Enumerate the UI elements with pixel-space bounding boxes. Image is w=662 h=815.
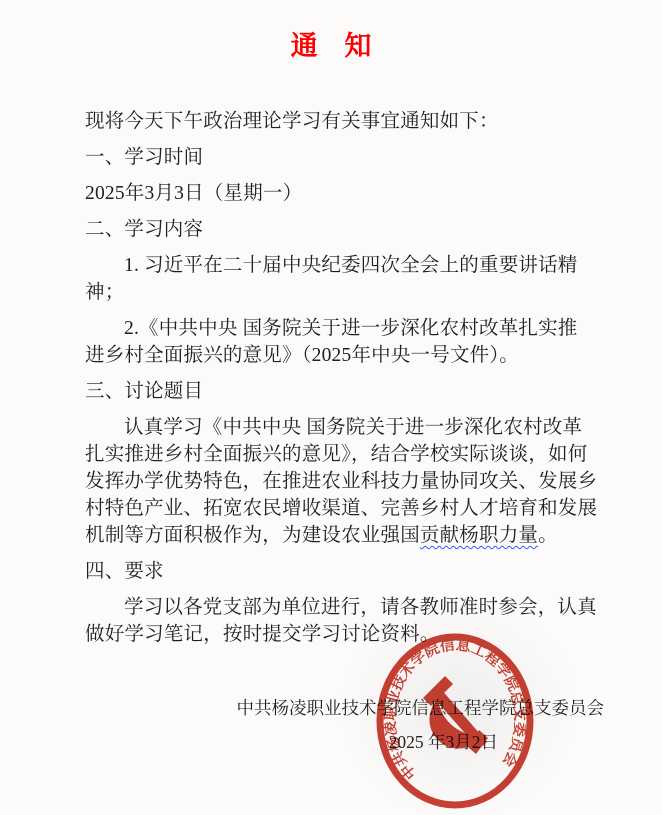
- content-item-1-line-1: 1. 习近平在二十届中央纪委四次全会上的重要讲话精: [85, 252, 577, 279]
- requirement-line-2: 做好学习笔记，按时提交学习讨论资料。: [85, 621, 577, 648]
- discussion-line-1: 认真学习《中共中央 国务院关于进一步深化农村改革: [85, 414, 577, 441]
- date-line: 2025 年3月2日: [85, 729, 498, 756]
- study-time-line: 2025年3月3日（星期一）: [85, 180, 577, 207]
- requirement-line-1: 学习以各党支部为单位进行，请各教师准时参会，认真: [85, 594, 577, 621]
- section-2-heading: 二、学习内容: [85, 216, 577, 243]
- discussion-line-5: 机制等方面积极作为，为建设农业强国贡献杨职力量。: [85, 522, 577, 549]
- discussion-line-5-suffix: 。: [538, 525, 558, 546]
- content-item-2-line-2: 进乡村全面振兴的意见》（2025年中央一号文件）。: [85, 342, 577, 369]
- discussion-line-2: 扎实推进乡村全面振兴的意见》，结合学校实际谈谈，如何: [85, 441, 577, 468]
- notice-document: 通 知 现将今天下午政治理论学习有关事宜通知如下： 一、学习时间 2025年3月…: [0, 0, 662, 815]
- content-item-2-line-1: 2.《中共中央 国务院关于进一步深化农村改革扎实推: [85, 315, 577, 342]
- section-4-heading: 四、要求: [85, 558, 577, 585]
- discussion-line-3: 发挥办学优势特色，在推进农业科技力量协同攻关、发展乡: [85, 468, 577, 495]
- discussion-line-4: 村特色产业、拓宽农民增收渠道、完善乡村人才培育和发展: [85, 495, 577, 522]
- signature-line: 中共杨凌职业技术学院信息工程学院总支委员会: [85, 695, 604, 722]
- intro-line: 现将今天下午政治理论学习有关事宜通知如下：: [85, 108, 577, 135]
- content-item-1-line-2: 神；: [85, 279, 577, 306]
- document-body: 通 知 现将今天下午政治理论学习有关事宜通知如下： 一、学习时间 2025年3月…: [0, 0, 662, 756]
- page-title: 通 知: [85, 30, 577, 62]
- section-3-heading: 三、讨论题目: [85, 378, 577, 405]
- spellcheck-underlined-text: 贡献杨职力量: [420, 525, 538, 546]
- discussion-line-5-prefix: 机制等方面积极作为，为建设农业强国: [85, 525, 420, 546]
- section-1-heading: 一、学习时间: [85, 144, 577, 171]
